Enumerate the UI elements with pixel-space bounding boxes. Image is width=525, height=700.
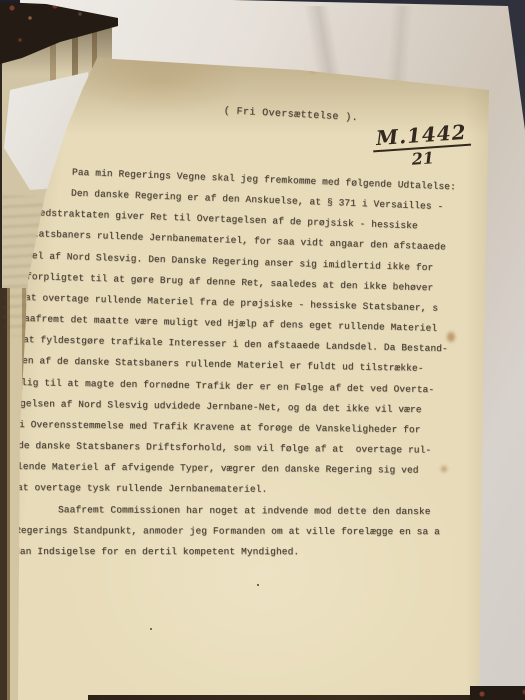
book-cover-marbled-corner-bottom [470, 686, 525, 700]
typed-line: Saafremt Commissionen har noget at indve… [16, 499, 480, 522]
paper-speck [257, 584, 259, 586]
typed-line: Regerings Standpunkt, anmoder jeg Forman… [15, 520, 480, 542]
typed-text-block: Paa min Regerings Vegne skal jeg fremkom… [30, 160, 480, 562]
document-page: ( Fri Oversættelse ). M.1442 21 Paa min … [0, 0, 525, 700]
typed-line: at overtage tysk rullende Jernbanemateri… [16, 477, 480, 501]
document-header: ( Fri Oversættelse ). [223, 106, 358, 124]
page-bottom-shadow [88, 695, 525, 700]
paper-speck [150, 628, 152, 630]
typed-line: dan Indsigelse for en dertil kompetent M… [14, 541, 480, 562]
